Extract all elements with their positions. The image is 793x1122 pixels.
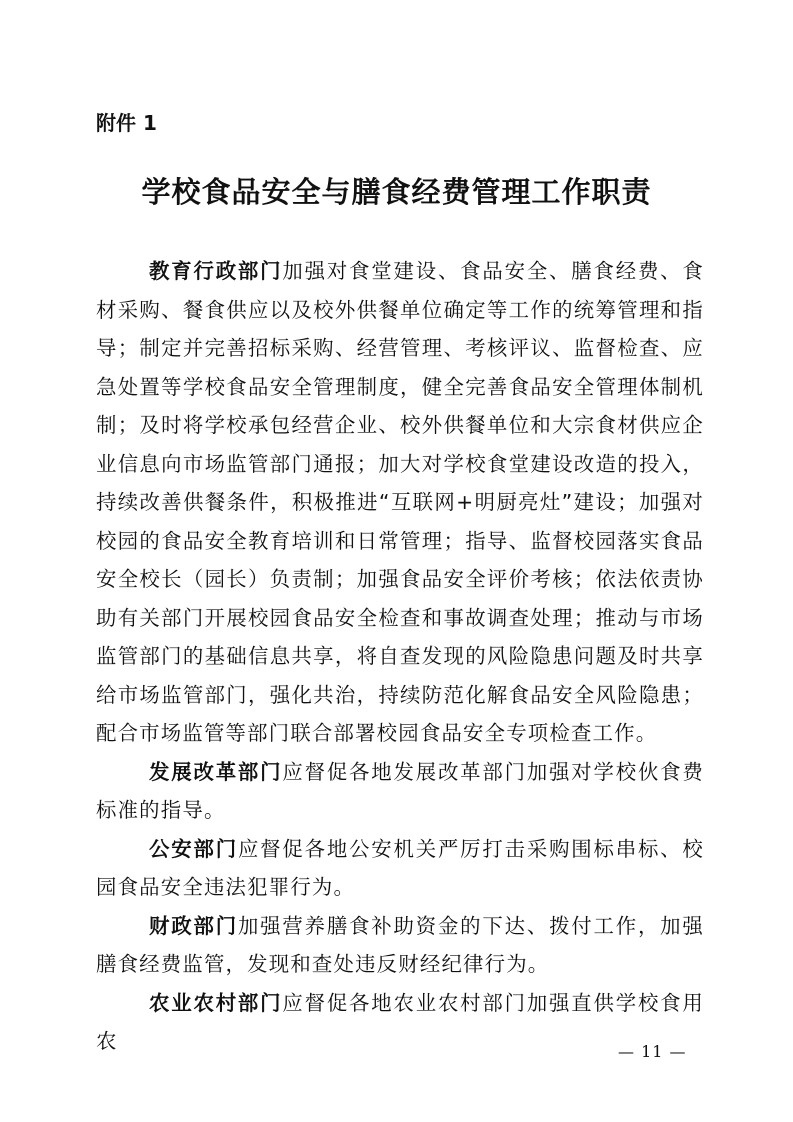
document-title: 学校食品安全与膳食经费管理工作职责 [0,170,793,211]
department-name: 发展改革部门 [149,760,282,784]
document-body: 教育行政部门加强对食堂建设、食品安全、膳食经费、食材采购、餐食供应以及校外供餐单… [96,252,704,1061]
paragraph-education: 教育行政部门加强对食堂建设、食品安全、膳食经费、食材采购、餐食供应以及校外供餐单… [96,252,704,753]
department-name: 农业农村部门 [149,991,282,1015]
document-page: 附件 1 学校食品安全与膳食经费管理工作职责 教育行政部门加强对食堂建设、食品安… [0,0,793,1122]
paragraph-public-security: 公安部门应督促各地公安机关严厉打击采购围标串标、校园食品安全违法犯罪行为。 [96,830,704,907]
paragraph-development-reform: 发展改革部门应督促各地发展改革部门加强对学校伙食费标准的指导。 [96,753,704,830]
department-name: 财政部门 [149,914,238,938]
paragraph-finance: 财政部门加强营养膳食补助资金的下达、拨付工作，加强膳食经费监管，发现和查处违反财… [96,907,704,984]
department-name: 教育行政部门 [149,259,282,283]
department-name: 公安部门 [149,837,238,861]
paragraph-agriculture: 农业农村部门应督促各地农业农村部门加强直供学校食用农 [96,984,704,1061]
page-number: — 11 — [618,1042,687,1061]
paragraph-text: 加强对食堂建设、食品安全、膳食经费、食材采购、餐食供应以及校外供餐单位确定等工作… [96,259,704,745]
attachment-label: 附件 1 [96,107,157,136]
